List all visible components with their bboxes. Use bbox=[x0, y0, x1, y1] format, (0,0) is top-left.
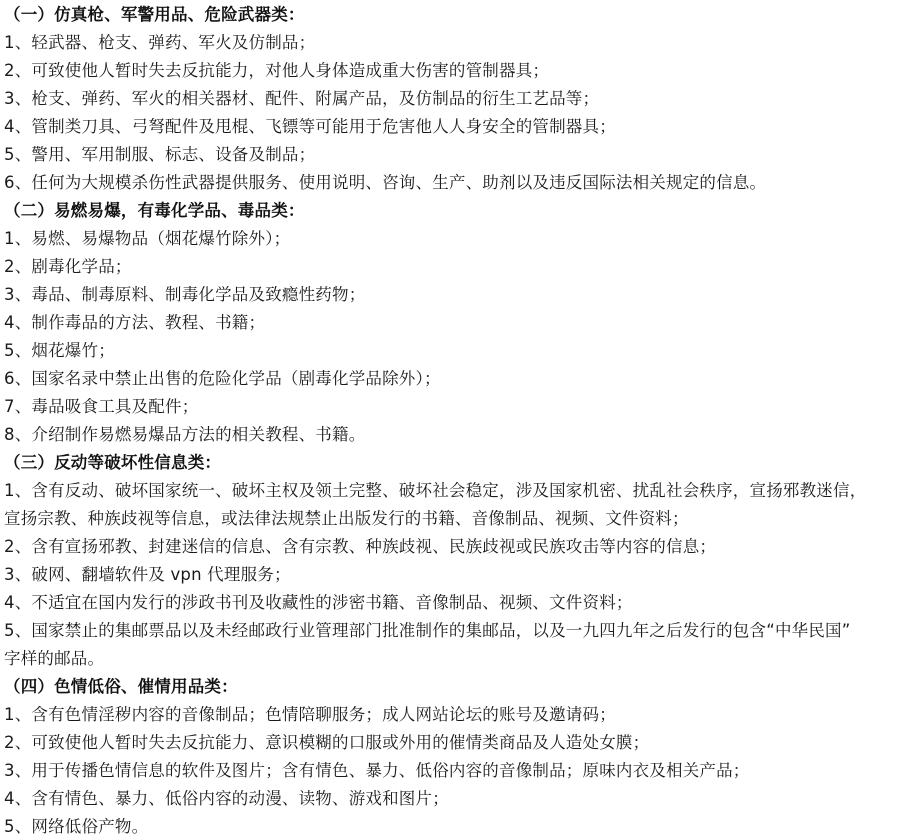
section-heading: （三）反动等破坏性信息类： bbox=[4, 449, 919, 477]
list-item: 7、毒品吸食工具及配件； bbox=[4, 393, 919, 421]
list-item: 1、含有色情淫秽内容的音像制品；色情陪聊服务；成人网站论坛的账号及邀请码； bbox=[4, 701, 919, 729]
section-adult-content: （四）色情低俗、催情用品类： 1、含有色情淫秽内容的音像制品；色情陪聊服务；成人… bbox=[4, 673, 919, 840]
list-item: 5、网络低俗产物。 bbox=[4, 813, 919, 840]
list-item: 6、任何为大规模杀伤性武器提供服务、使用说明、咨询、生产、助剂以及违反国际法相关… bbox=[4, 169, 919, 197]
list-item: 8、介绍制作易燃易爆品方法的相关教程、书籍。 bbox=[4, 421, 919, 449]
list-item: 2、可致使他人暂时失去反抗能力，对他人身体造成重大伤害的管制器具； bbox=[4, 57, 919, 85]
list-item: 4、含有情色、暴力、低俗内容的动漫、读物、游戏和图片； bbox=[4, 785, 919, 813]
section-subversive-info: （三）反动等破坏性信息类： 1、含有反动、破坏国家统一、破坏主权及领土完整、破坏… bbox=[4, 449, 919, 673]
list-item: 6、国家名录中禁止出售的危险化学品（剧毒化学品除外）； bbox=[4, 365, 919, 393]
list-item-continuation: 宣扬宗教、种族歧视等信息，或法律法规禁止出版发行的书籍、音像制品、视频、文件资料… bbox=[4, 505, 919, 533]
list-item: 4、不适宜在国内发行的涉政书刊及收藏性的涉密书籍、音像制品、视频、文件资料； bbox=[4, 589, 919, 617]
prohibited-items-document: （一）仿真枪、军警用品、危险武器类： 1、轻武器、枪支、弹药、军火及仿制品； 2… bbox=[0, 0, 919, 840]
list-item: 3、破网、翻墙软件及 vpn 代理服务； bbox=[4, 561, 919, 589]
section-heading: （二）易燃易爆，有毒化学品、毒品类： bbox=[4, 197, 919, 225]
list-item: 5、烟花爆竹； bbox=[4, 337, 919, 365]
list-item: 1、易燃、易爆物品（烟花爆竹除外）； bbox=[4, 225, 919, 253]
section-weapons: （一）仿真枪、军警用品、危险武器类： 1、轻武器、枪支、弹药、军火及仿制品； 2… bbox=[4, 1, 919, 197]
list-item: 2、剧毒化学品； bbox=[4, 253, 919, 281]
list-item: 5、警用、军用制服、标志、设备及制品； bbox=[4, 141, 919, 169]
section-heading: （四）色情低俗、催情用品类： bbox=[4, 673, 919, 701]
list-item-continuation: 字样的邮品。 bbox=[4, 645, 919, 673]
list-item: 1、轻武器、枪支、弹药、军火及仿制品； bbox=[4, 29, 919, 57]
list-item: 4、制作毒品的方法、教程、书籍； bbox=[4, 309, 919, 337]
list-item: 1、含有反动、破坏国家统一、破坏主权及领土完整、破坏社会稳定，涉及国家机密、扰乱… bbox=[4, 477, 919, 505]
list-item: 5、国家禁止的集邮票品以及未经邮政行业管理部门批准制作的集邮品，以及一九四九年之… bbox=[4, 617, 919, 645]
section-heading: （一）仿真枪、军警用品、危险武器类： bbox=[4, 1, 919, 29]
list-item: 3、用于传播色情信息的软件及图片；含有情色、暴力、低俗内容的音像制品；原味内衣及… bbox=[4, 757, 919, 785]
section-hazardous-chemicals: （二）易燃易爆，有毒化学品、毒品类： 1、易燃、易爆物品（烟花爆竹除外）； 2、… bbox=[4, 197, 919, 449]
list-item: 2、可致使他人暂时失去反抗能力、意识模糊的口服或外用的催情类商品及人造处女膜； bbox=[4, 729, 919, 757]
list-item: 3、毒品、制毒原料、制毒化学品及致瘾性药物； bbox=[4, 281, 919, 309]
list-item: 3、枪支、弹药、军火的相关器材、配件、附属产品，及仿制品的衍生工艺品等； bbox=[4, 85, 919, 113]
list-item: 2、含有宣扬邪教、封建迷信的信息、含有宗教、种族歧视、民族歧视或民族攻击等内容的… bbox=[4, 533, 919, 561]
list-item: 4、管制类刀具、弓弩配件及甩棍、飞镖等可能用于危害他人人身安全的管制器具； bbox=[4, 113, 919, 141]
